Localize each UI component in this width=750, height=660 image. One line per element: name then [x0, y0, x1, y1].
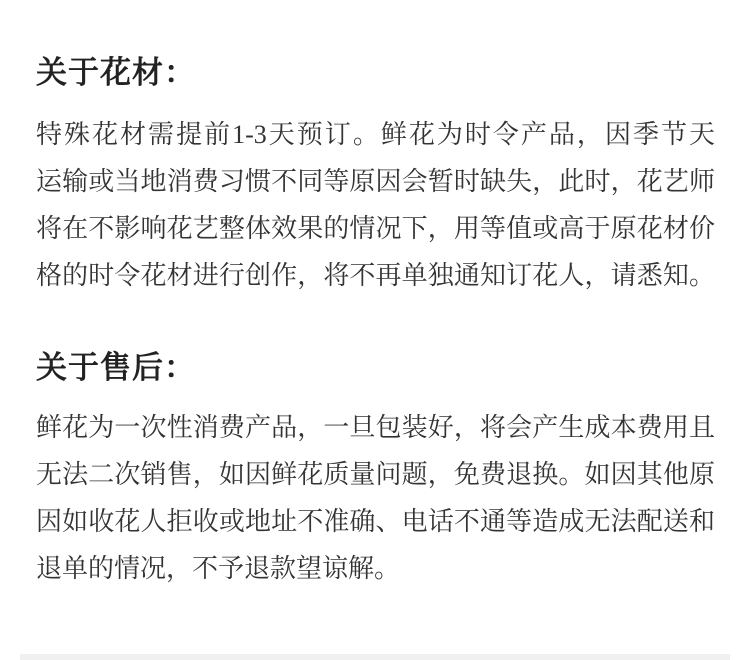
- text-line: 格的时令花材进行创作，将不再单独通知订花人，请悉知。: [36, 252, 715, 299]
- flower-materials-heading: 关于花材：: [36, 53, 715, 93]
- text-line: 鲜花为一次性消费产品，一旦包装好，将会产生成本费用且: [36, 404, 715, 451]
- section-divider: [20, 654, 730, 660]
- section-flower-materials: 关于花材： 特殊花材需提前1-3天预订。鲜花为时令产品，因季节天气、 运输或当地…: [36, 53, 715, 299]
- notice-content: 关于花材： 特殊花材需提前1-3天预订。鲜花为时令产品，因季节天气、 运输或当地…: [0, 53, 750, 592]
- text-line: 运输或当地消费习惯不同等原因会暂时缺失，此时，花艺师: [36, 158, 715, 205]
- product-notice-page: 关于花材： 特殊花材需提前1-3天预订。鲜花为时令产品，因季节天气、 运输或当地…: [0, 0, 750, 660]
- after-sales-paragraph: 鲜花为一次性消费产品，一旦包装好，将会产生成本费用且 无法二次销售，如因鲜花质量…: [36, 404, 715, 592]
- text-line: 将在不影响花艺整体效果的情况下，用等值或高于原花材价: [36, 205, 715, 252]
- after-sales-heading: 关于售后：: [36, 348, 715, 388]
- text-line: 特殊花材需提前1-3天预订。鲜花为时令产品，因季节天气、: [36, 111, 715, 158]
- flower-materials-paragraph: 特殊花材需提前1-3天预订。鲜花为时令产品，因季节天气、 运输或当地消费习惯不同…: [36, 111, 715, 299]
- text-line: 无法二次销售，如因鲜花质量问题，免费退换。如因其他原: [36, 451, 715, 498]
- text-line: 退单的情况，不予退款望谅解。: [36, 545, 715, 592]
- section-after-sales: 关于售后： 鲜花为一次性消费产品，一旦包装好，将会产生成本费用且 无法二次销售，…: [36, 348, 715, 592]
- text-line: 因如收花人拒收或地址不准确、电话不通等造成无法配送和: [36, 498, 715, 545]
